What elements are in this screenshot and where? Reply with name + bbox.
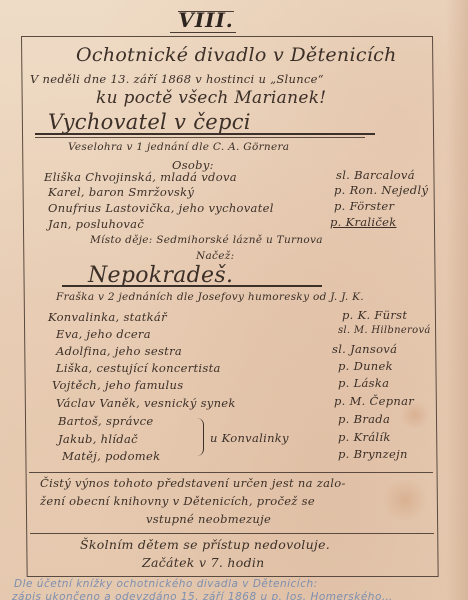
- play2-group-note: u Konvalinky: [210, 431, 289, 445]
- play1-role: Karel, baron Smržovský: [48, 185, 194, 199]
- play2-subtitle: Fraška v 2 jednáních dle Josefovy humore…: [56, 291, 364, 303]
- play1-role: Onufrius Lastovička, jeho vychovatel: [48, 201, 274, 215]
- notice-line2: žení obecní knihovny v Dětenicích, proče…: [40, 494, 315, 508]
- play1-setting: Místo děje: Sedmihorské lázně u Turnova: [90, 234, 323, 246]
- notice-top-divider: [29, 472, 433, 473]
- play2-role: Václav Vaněk, vesnický synek: [56, 396, 236, 410]
- play2-role: Matěj, podomek: [62, 449, 160, 463]
- footer-line1: Školním dětem se přístup nedovoluje.: [80, 537, 330, 552]
- pencil-note-line1: Dle účetní knížky ochotnického divadla v…: [14, 578, 318, 590]
- play1-actor: p. Förster: [334, 199, 394, 213]
- notice-line1: Čistý výnos tohoto představení určen jes…: [40, 476, 346, 490]
- play2-role: Konvalinka, statkář: [48, 310, 167, 324]
- play2-role: Liška, cestující koncertista: [56, 361, 221, 375]
- play2-role: Vojtěch, jeho famulus: [52, 378, 183, 392]
- date-location: V neděli dne 13. září 1868 v hostinci u …: [30, 72, 324, 86]
- role-group-brace: [197, 418, 204, 456]
- play1-role: Eliška Chvojinská, mladá vdova: [44, 170, 237, 184]
- play2-role: Jakub, hlídač: [58, 432, 138, 446]
- page-number: VIII.: [176, 8, 236, 32]
- play1-actor: sl. Barcalová: [336, 168, 415, 182]
- notice-line3: vstupné neobmezuje: [146, 512, 271, 526]
- theatre-title: Ochotnické divadlo v Dětenicích: [76, 44, 397, 66]
- play2-actor: p. Dunek: [338, 359, 393, 373]
- play1-title-underline: [35, 133, 375, 135]
- pencil-note-line2: zápis ukončeno a odevzdáno 15. září 1868…: [12, 591, 393, 600]
- play2-role: Bartoš, správce: [58, 414, 153, 428]
- play1-actor: p. Kraliček: [330, 215, 397, 229]
- page-edge-shadow: [446, 0, 468, 600]
- play2-role: Eva, jeho dcera: [56, 327, 151, 341]
- play1-role: Jan, posluhovač: [48, 217, 144, 231]
- play2-actor: p. K. Fürst: [342, 308, 407, 322]
- play2-actor: sl. M. Hilbnerová: [338, 325, 431, 336]
- play2-title-underline: [62, 285, 322, 287]
- play1-title-underline-thin: [35, 137, 365, 138]
- dedication: ku poctě všech Marianek!: [96, 88, 326, 108]
- play2-actor: p. Brynzejn: [338, 447, 408, 461]
- play1-subtitle: Veselohra v 1 jednání dle C. A. Görnera: [68, 141, 289, 153]
- play2-actor: sl. Jansová: [332, 342, 397, 356]
- page-number-underline: [170, 32, 236, 33]
- footer-line2: Začátek v 7. hodin: [142, 555, 265, 570]
- footer-top-divider: [30, 533, 434, 534]
- play2-actor: p. M. Čepnar: [334, 394, 414, 408]
- play2-role: Adolfina, jeho sestra: [56, 344, 182, 358]
- play2-actor: p. Láska: [338, 376, 389, 390]
- play2-actor: p. Králík: [338, 430, 391, 444]
- play1-actor: p. Ron. Nejedlý: [334, 183, 428, 197]
- play1-title: Vychovatel v čepci: [48, 110, 251, 134]
- play1-after: Načež:: [196, 250, 234, 262]
- play2-actor: p. Brada: [338, 412, 390, 426]
